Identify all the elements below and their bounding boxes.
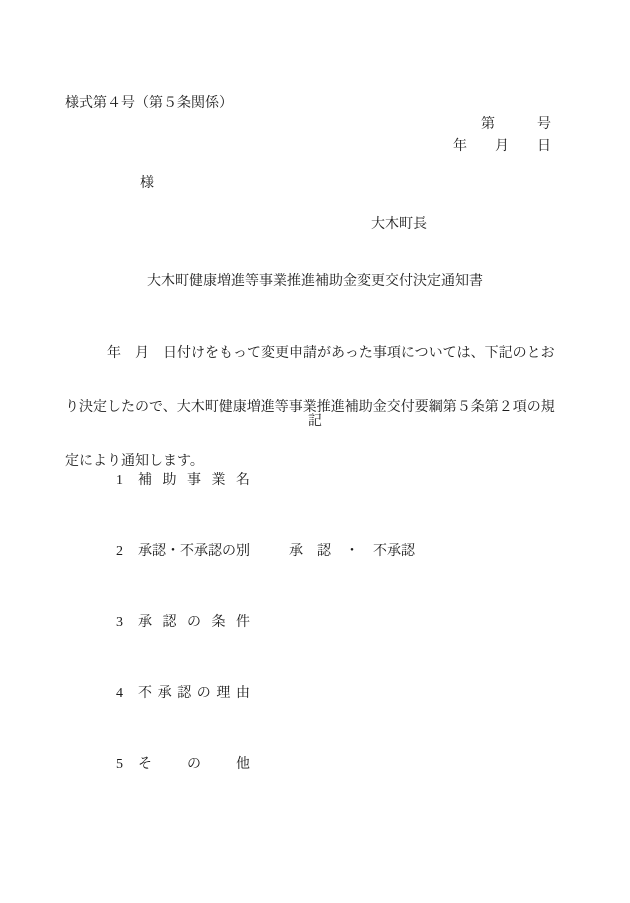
list-item-1: 1補助事業名 — [95, 457, 415, 505]
document-number-line: 第 号 — [481, 117, 551, 133]
item-value: 承 認 ・ 不承認 — [289, 544, 415, 559]
list-item-5: 5その他 — [95, 741, 415, 789]
addressee-honorific: 様 — [140, 176, 154, 192]
form-number: 様式第４号（第５条関係） — [65, 96, 233, 112]
item-label: 不承認の理由 — [138, 686, 250, 702]
item-list: 1補助事業名 2承認・不承認の別承 認 ・ 不承認 3承認の条件 4不承認の理由… — [95, 457, 415, 812]
item-label: 承認・不承認の別 — [138, 544, 250, 560]
date-line: 年 月 日 — [453, 139, 551, 155]
list-item-2: 2承認・不承認の別承 認 ・ 不承認 — [95, 528, 415, 576]
list-item-3: 3承認の条件 — [95, 599, 415, 647]
document-page: 様式第４号（第５条関係） 第 号 年 月 日 様 大木町長 大木町健康増進等事業… — [0, 0, 630, 903]
sender-name: 大木町長 — [371, 217, 427, 233]
item-label: その他 — [138, 757, 250, 773]
item-number: 3 — [116, 615, 138, 631]
item-label: 補助事業名 — [138, 473, 250, 489]
item-number: 2 — [116, 544, 138, 560]
item-number: 5 — [116, 757, 138, 773]
item-number: 4 — [116, 686, 138, 702]
document-title: 大木町健康増進等事業推進補助金変更交付決定通知書 — [0, 274, 630, 290]
item-label: 承認の条件 — [138, 615, 250, 631]
ki-section-marker: 記 — [0, 414, 630, 430]
item-number: 1 — [116, 473, 138, 489]
list-item-4: 4不承認の理由 — [95, 670, 415, 718]
body-line-1: 年 月 日付けをもって変更申請があった事項については、下記のとお — [65, 343, 577, 365]
